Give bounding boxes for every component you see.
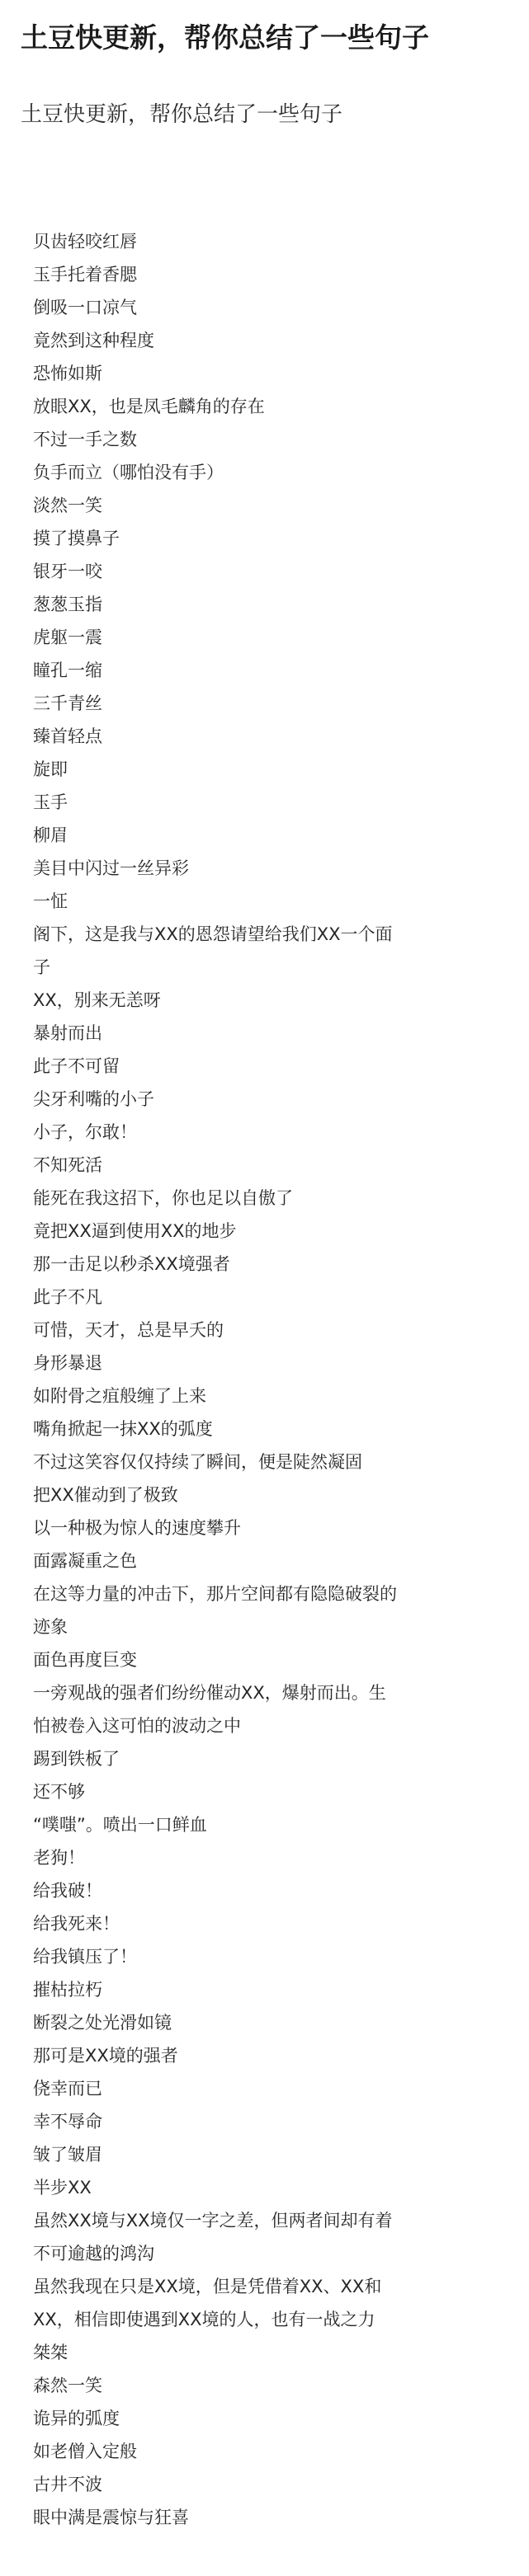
sentence-item: 森然一笑	[33, 2369, 512, 2402]
page-title: 土豆快更新，帮你总结了一些句子	[21, 20, 429, 56]
page-subtitle: 土豆快更新，帮你总结了一些句子	[21, 101, 342, 129]
sentence-item: 半步XX	[33, 2171, 512, 2204]
sentence-item: 三千青丝	[33, 687, 512, 720]
sentence-item: 眼中满是震惊与狂喜	[33, 2501, 512, 2534]
sentence-item: 虎躯一震	[33, 621, 512, 654]
sentence-item: 臻首轻点	[33, 720, 512, 753]
sentence-item: 给我死来！	[33, 1907, 512, 1940]
sentence-item: 玉手	[33, 786, 512, 819]
sentence-item: 可惜，天才，总是早夭的	[33, 1314, 512, 1347]
sentence-item: 旋即	[33, 753, 512, 786]
sentence-item: 断裂之处光滑如镜	[33, 2006, 512, 2039]
sentence-item: 尖牙利嘴的小子	[33, 1083, 512, 1116]
sentence-item: 不过这笑容仅仅持续了瞬间，便是陡然凝固	[33, 1445, 512, 1478]
sentence-item: 阁下，这是我与XX的恩怨请望给我们XX一个面 子	[33, 918, 512, 984]
sentence-item: 不过一手之数	[33, 423, 512, 456]
sentence-item: 古井不波	[33, 2468, 512, 2501]
sentence-item: 恐怖如斯	[33, 357, 512, 390]
sentence-item: 瞳孔一缩	[33, 654, 512, 687]
sentence-item: 老狗！	[33, 1841, 512, 1874]
sentence-item: 暴射而出	[33, 1017, 512, 1050]
sentence-item: 皱了皱眉	[33, 2138, 512, 2171]
sentence-item: 银牙一咬	[33, 555, 512, 588]
sentence-item: 桀桀	[33, 2336, 512, 2369]
sentence-item: 贝齿轻咬红唇	[33, 225, 512, 258]
sentence-item: 身形暴退	[33, 1347, 512, 1380]
sentence-item: 给我镇压了！	[33, 1940, 512, 1973]
sentence-item: 摸了摸鼻子	[33, 522, 512, 555]
sentence-item: 小子，尔敢！	[33, 1116, 512, 1149]
sentence-item: 一旁观战的强者们纷纷催动XX，爆射而出。生 怕被卷入这可怕的波动之中	[33, 1676, 512, 1742]
sentence-item: 虽然XX境与XX境仅一字之差，但两者间却有着 不可逾越的鸿沟	[33, 2204, 512, 2270]
sentence-item: 面露凝重之色	[33, 1544, 512, 1577]
sentence-item: 虽然我现在只是XX境，但是凭借着XX、XX和 XX，相信即使遇到XX境的人，也有…	[33, 2270, 512, 2336]
sentence-item: 如附骨之疽般缠了上来	[33, 1380, 512, 1413]
sentence-item: 在这等力量的冲击下，那片空间都有隐隐破裂的 迹象	[33, 1577, 512, 1643]
sentence-item: 诡异的弧度	[33, 2402, 512, 2435]
sentence-item: 如老僧入定般	[33, 2435, 512, 2468]
sentence-item: 此子不凡	[33, 1281, 512, 1314]
sentence-item: 面色再度巨变	[33, 1643, 512, 1676]
sentence-item: 负手而立（哪怕没有手）	[33, 456, 512, 489]
sentence-item: 那一击足以秒杀XX境强者	[33, 1248, 512, 1281]
sentence-item: 能死在我这招下，你也足以自傲了	[33, 1182, 512, 1215]
sentence-item: 淡然一笑	[33, 489, 512, 522]
sentence-item: 柳眉	[33, 819, 512, 852]
sentence-item: 美目中闪过一丝异彩	[33, 852, 512, 885]
sentence-item: “噗嗤”。喷出一口鲜血	[33, 1808, 512, 1841]
sentence-item: 踢到铁板了	[33, 1742, 512, 1775]
sentence-item: 不知死活	[33, 1149, 512, 1182]
sentence-item: 倒吸一口凉气	[33, 291, 512, 324]
sentence-item: 把XX催动到了极致	[33, 1478, 512, 1511]
sentence-item: 竟然到这种程度	[33, 324, 512, 357]
sentence-item: 给我破！	[33, 1874, 512, 1907]
sentence-item: 嘴角掀起一抹XX的弧度	[33, 1413, 512, 1445]
sentence-item: 还不够	[33, 1775, 512, 1808]
sentence-item: 摧枯拉朽	[33, 1973, 512, 2006]
sentence-list: 贝齿轻咬红唇 玉手托着香腮 倒吸一口凉气 竟然到这种程度 恐怖如斯 放眼XX，也…	[33, 225, 512, 2534]
sentence-item: 此子不可留	[33, 1050, 512, 1083]
sentence-item: 幸不辱命	[33, 2105, 512, 2138]
sentence-item: 放眼XX，也是凤毛麟角的存在	[33, 390, 512, 423]
sentence-item: 侥幸而已	[33, 2072, 512, 2105]
sentence-item: 以一种极为惊人的速度攀升	[33, 1511, 512, 1544]
sentence-item: 玉手托着香腮	[33, 258, 512, 291]
sentence-item: 一怔	[33, 885, 512, 918]
sentence-item: 葱葱玉指	[33, 588, 512, 621]
sentence-item: 竟把XX逼到使用XX的地步	[33, 1215, 512, 1248]
sentence-item: XX，别来无恙呀	[33, 984, 512, 1017]
sentence-item: 那可是XX境的强者	[33, 2039, 512, 2072]
